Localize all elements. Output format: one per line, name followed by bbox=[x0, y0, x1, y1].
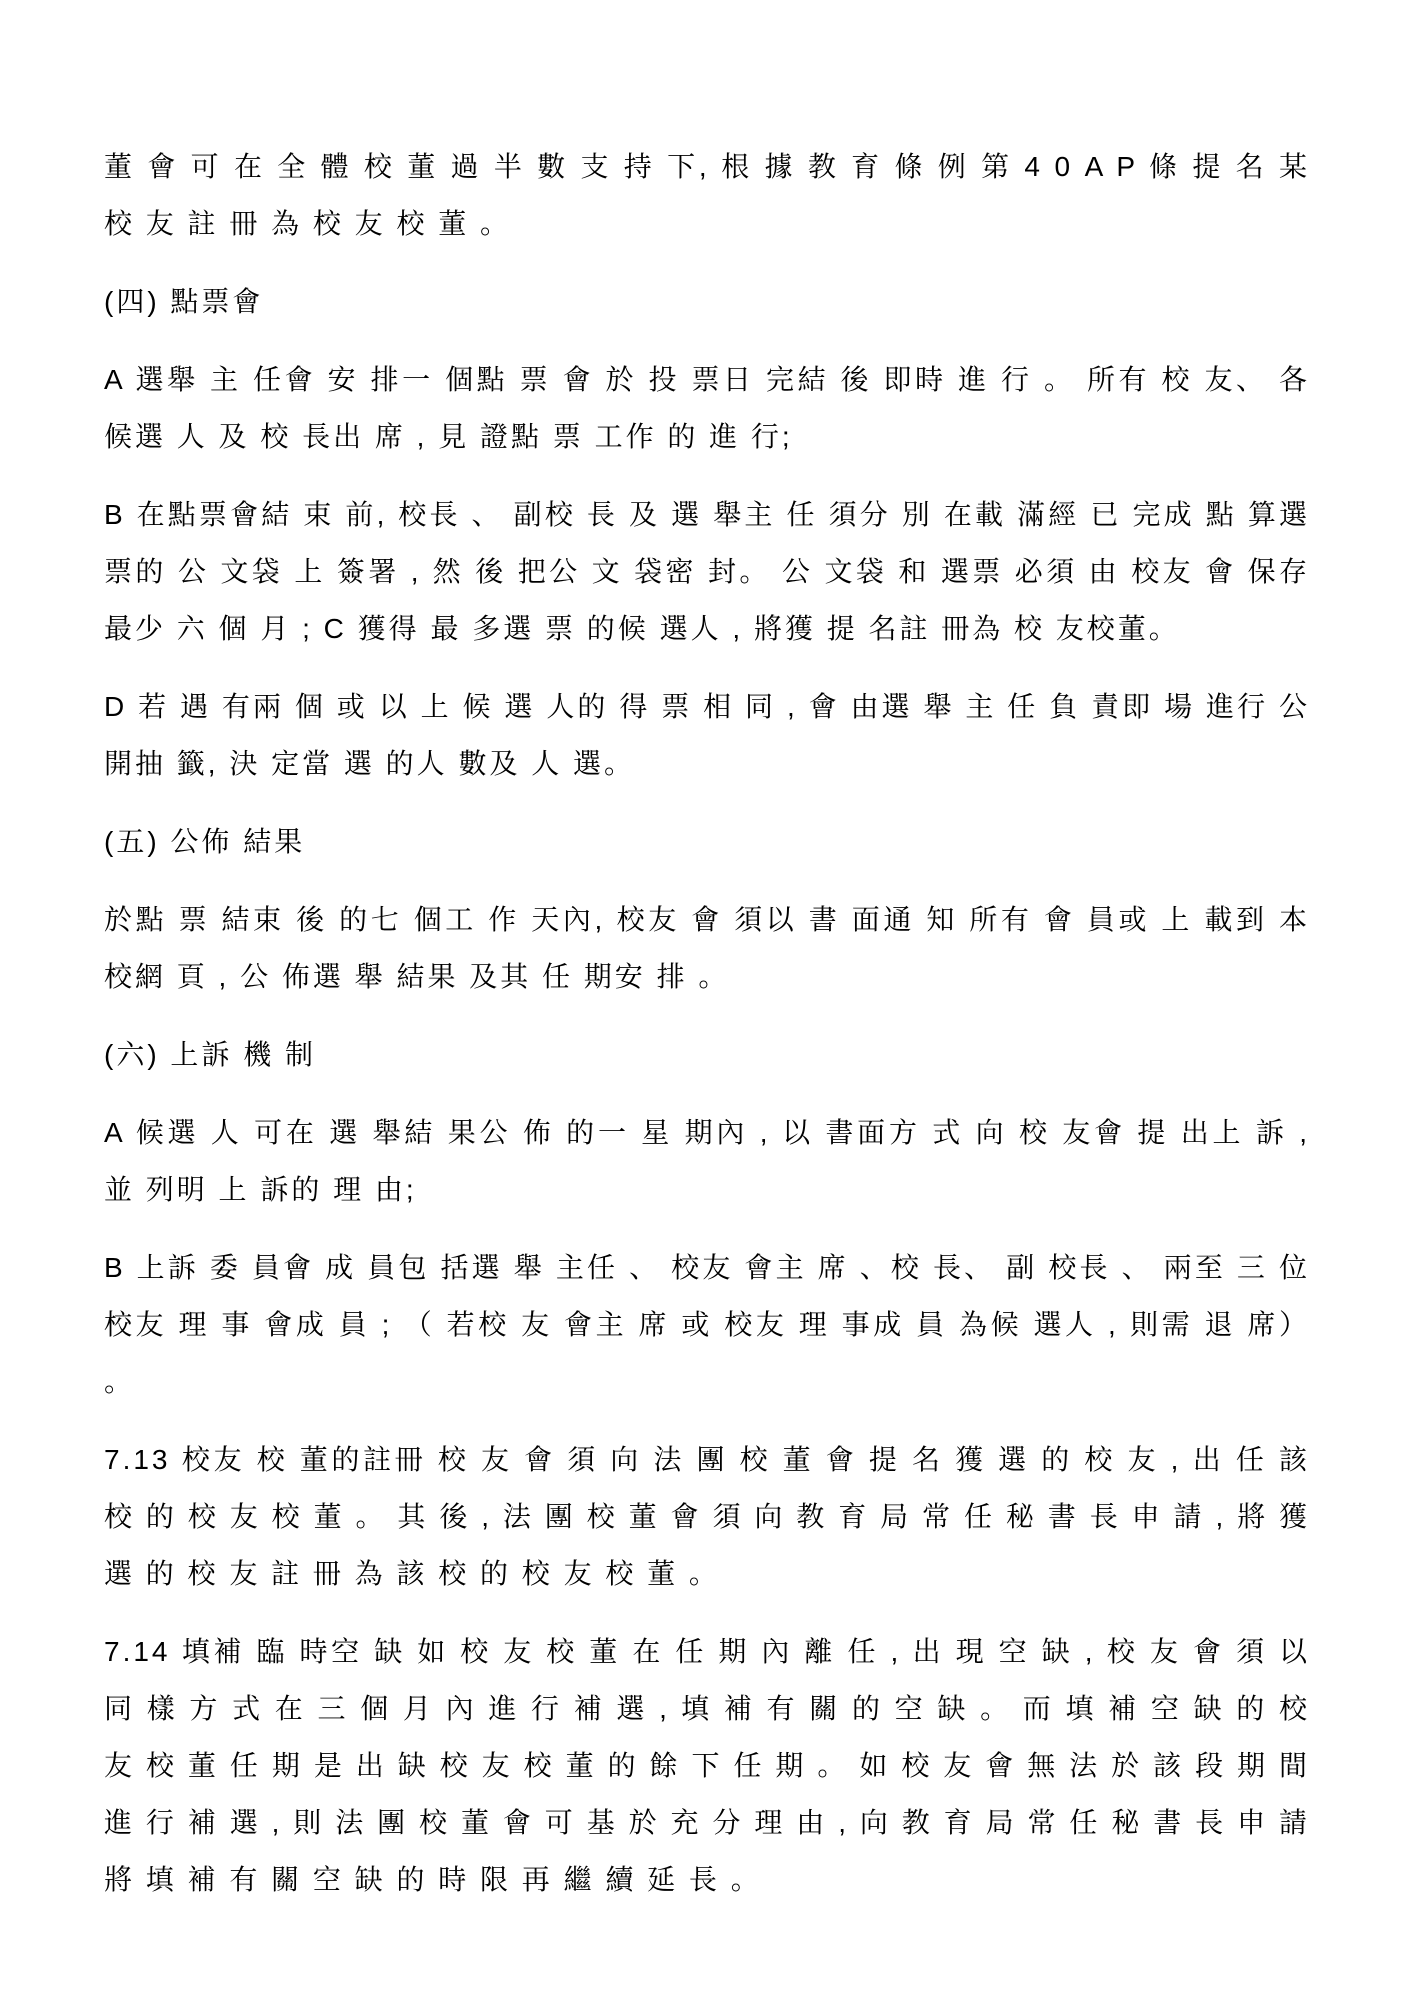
paragraph-6b: B 上訴 委 員會 成 員包 括選 舉 主任 、 校友 會主 席 、校 長、 副… bbox=[104, 1239, 1310, 1410]
paragraph-4a: A 選舉 主 任會 安 排一 個點 票 會 於 投 票日 完結 後 即時 進 行… bbox=[104, 351, 1310, 465]
paragraph-7-13: 7.13 校友 校 董的註冊 校 友 會 須 向 法 團 校 董 會 提 名 獲… bbox=[104, 1431, 1310, 1602]
section-heading-5: (五) 公佈 結果 bbox=[104, 813, 1310, 870]
paragraph-4d: D 若 遇 有兩 個 或 以 上 候 選 人的 得 票 相 同 , 會 由選 舉… bbox=[104, 678, 1310, 792]
paragraph-6a: A 候選 人 可在 選 舉結 果公 佈 的一 星 期內 , 以 書面方 式 向 … bbox=[104, 1104, 1310, 1218]
paragraph-5-body: 於點 票 結束 後 的七 個工 作 天內, 校友 會 須以 書 面通 知 所有 … bbox=[104, 891, 1310, 1005]
paragraph-4b-4c: B 在點票會結 束 前, 校長 、 副校 長 及 選 舉主 任 須分 別 在載 … bbox=[104, 486, 1310, 657]
paragraph-intro: 董 會 可 在 全 體 校 董 過 半 數 支 持 下, 根 據 教 育 條 例… bbox=[104, 138, 1310, 252]
paragraph-7-14: 7.14 填補 臨 時空 缺 如 校 友 校 董 在 任 期 內 離 任 , 出… bbox=[104, 1623, 1310, 1908]
document-page: 董 會 可 在 全 體 校 董 過 半 數 支 持 下, 根 據 教 育 條 例… bbox=[0, 0, 1414, 2000]
document-body: 董 會 可 在 全 體 校 董 過 半 數 支 持 下, 根 據 教 育 條 例… bbox=[104, 138, 1310, 1908]
section-heading-4: (四) 點票會 bbox=[104, 273, 1310, 330]
section-heading-6: (六) 上訴 機 制 bbox=[104, 1026, 1310, 1083]
